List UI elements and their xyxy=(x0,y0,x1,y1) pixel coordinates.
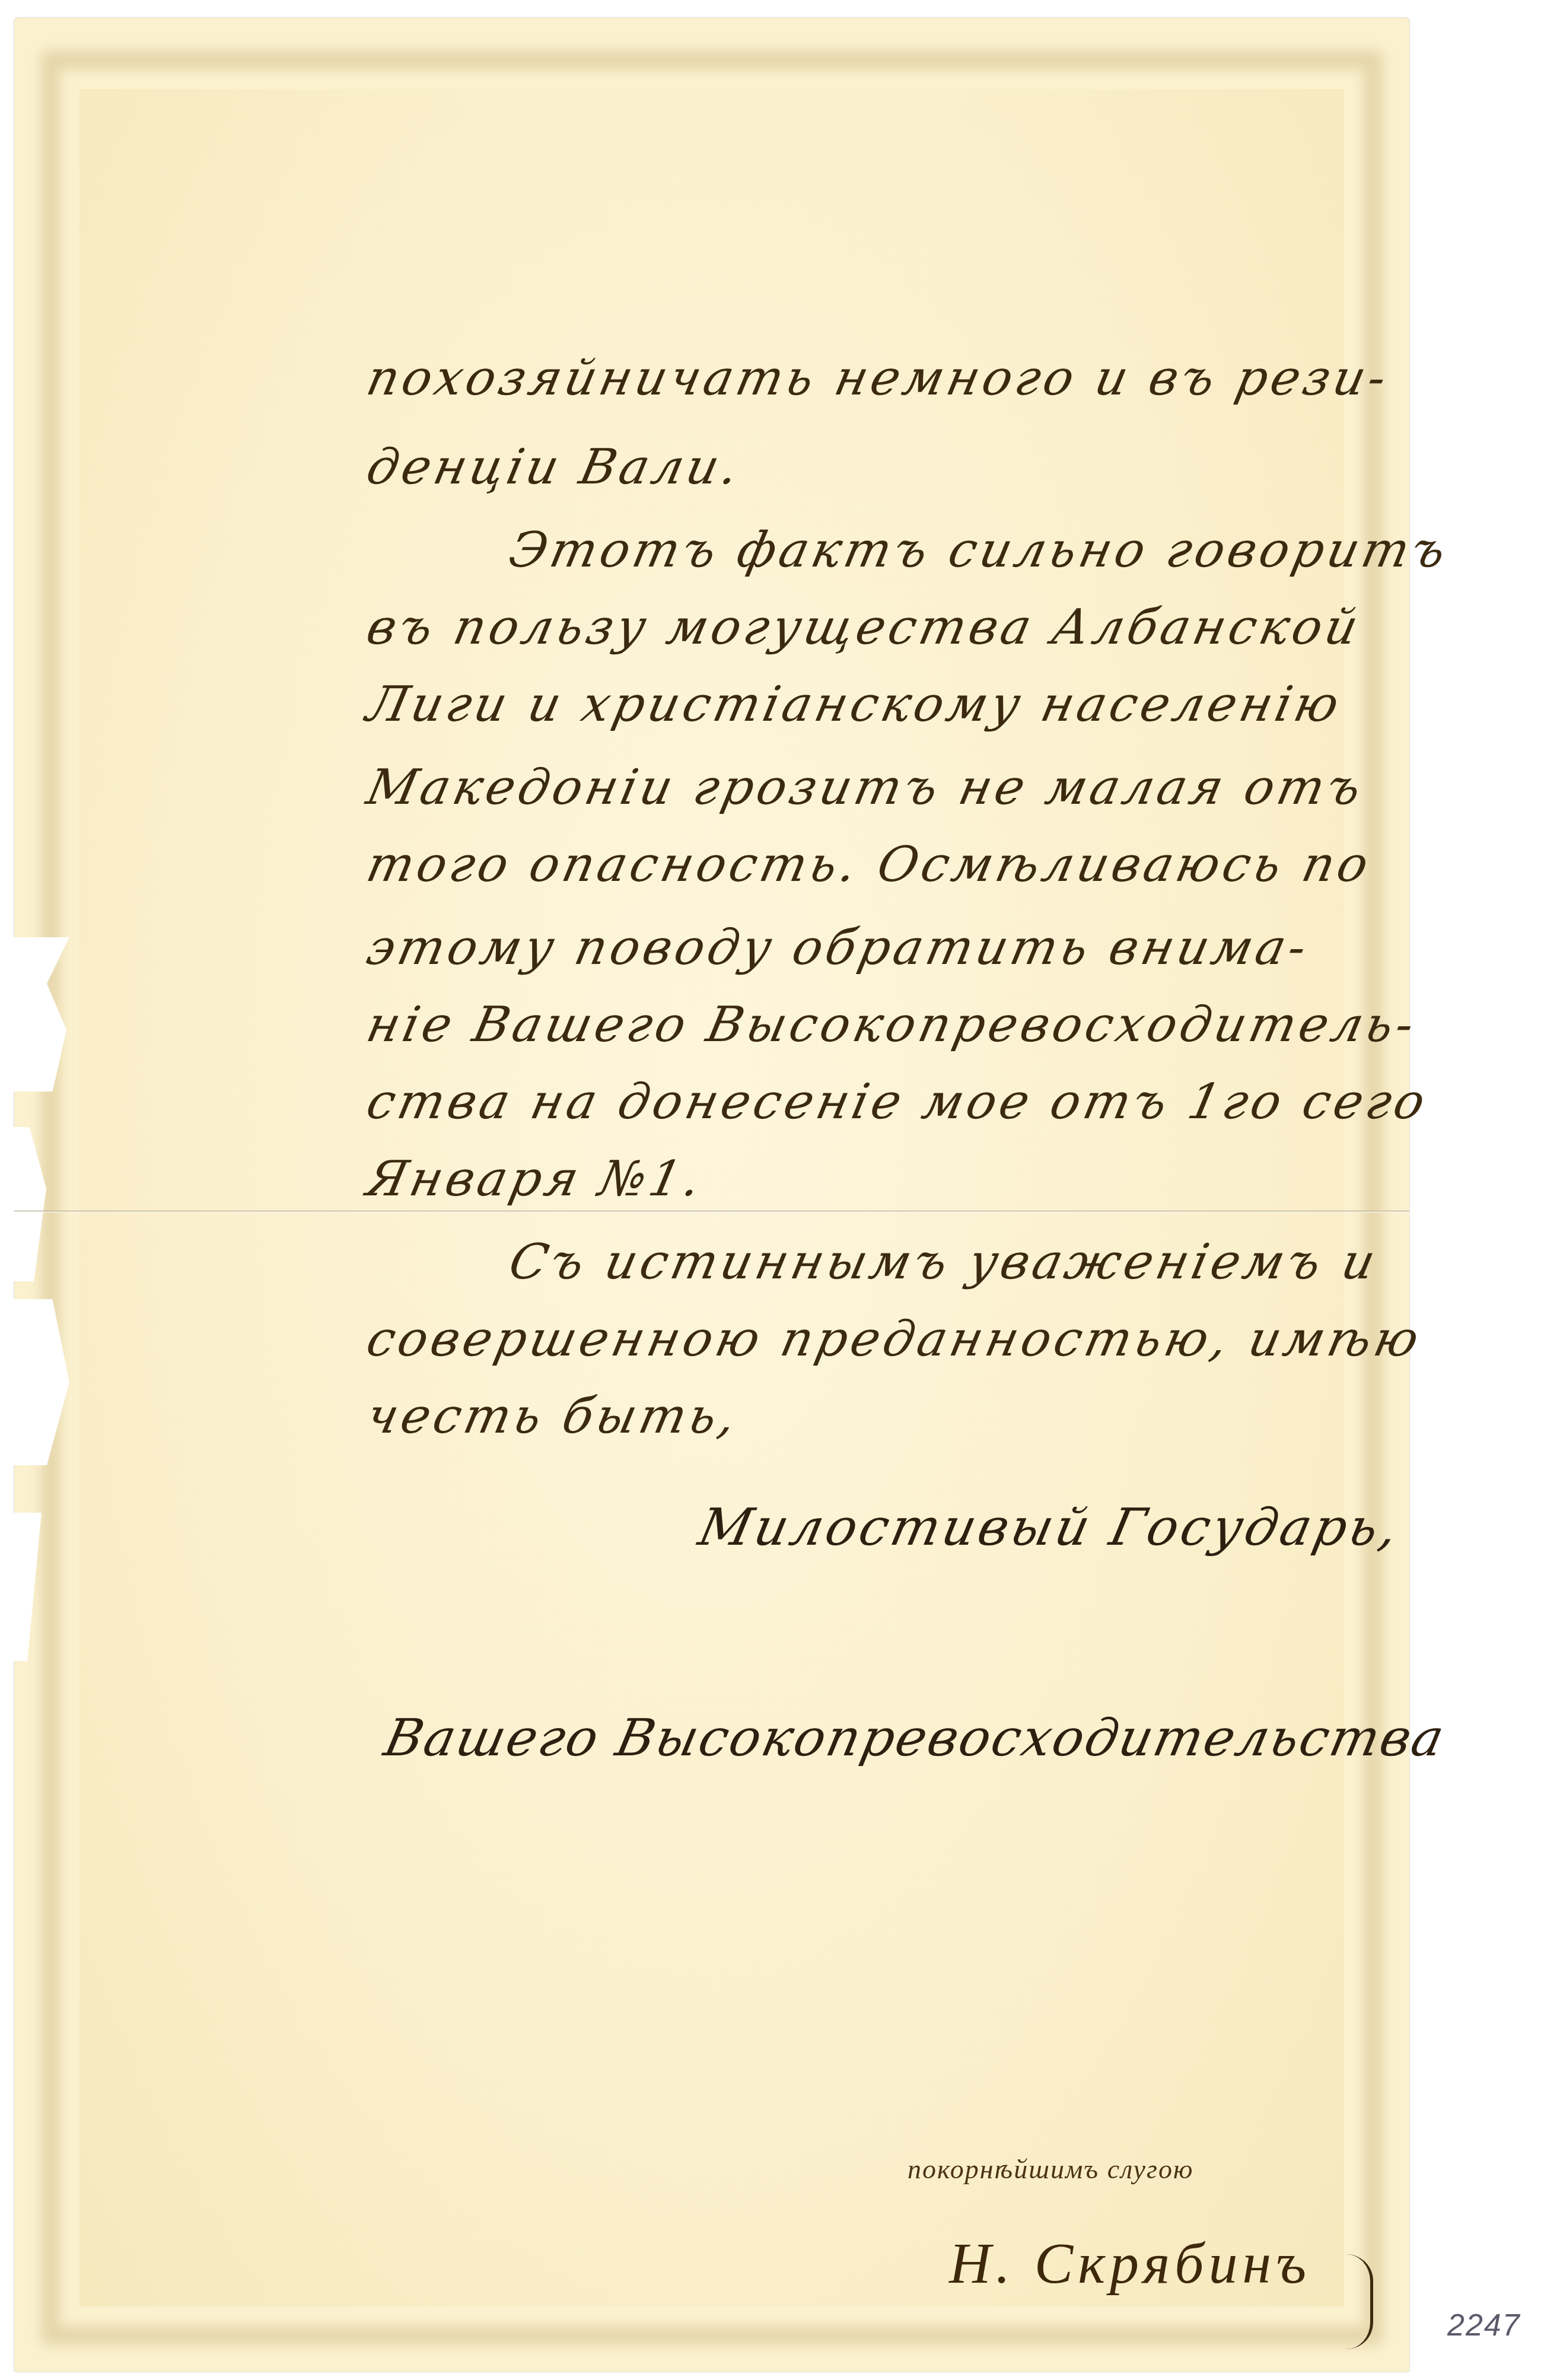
body-line: ства на донесеніе мое отъ 1го сего xyxy=(362,1074,1434,1130)
torn-edge xyxy=(13,1299,69,1465)
paragraph-start-line: Съ истиннымъ уваженіемъ и xyxy=(504,1234,1384,1290)
body-line: честь быть, xyxy=(362,1388,744,1444)
archive-number: 2247 xyxy=(1447,2308,1521,2343)
paper-surface xyxy=(79,89,1344,2306)
body-line: денціи Вали. xyxy=(362,439,747,495)
body-line: въ пользу могущества Албанской xyxy=(362,599,1367,656)
closing-line: Вашего Высокопревосходительства xyxy=(379,1708,1451,1768)
body-line: Лиги и христіанскому населенію xyxy=(362,676,1347,733)
body-line: совершенною преданностью, имѣю xyxy=(362,1311,1427,1367)
torn-edge xyxy=(13,937,69,1092)
body-line: похозяйничать немного и въ рези- xyxy=(362,350,1395,406)
body-line: этому поводу обратить внима- xyxy=(362,919,1315,976)
body-line: Января №1. xyxy=(362,1151,709,1207)
body-line: ніе Вашего Высокопревосходитель- xyxy=(362,997,1422,1053)
signature: Н. Скрябинъ xyxy=(949,2231,1311,2297)
torn-edge xyxy=(13,1127,55,1281)
body-line: Македоніи грозитъ не малая отъ xyxy=(362,759,1370,816)
body-line: того опасность. Осмѣливаюсь по xyxy=(362,836,1377,893)
signature-flourish xyxy=(1346,2254,1373,2349)
salutation: Милостивый Государь, xyxy=(693,1498,1406,1557)
fold-crease xyxy=(14,1210,1409,1212)
servant-line: покорнѣйшимъ слугою xyxy=(908,2153,1193,2185)
torn-edge xyxy=(13,1513,49,1661)
paragraph-start-line: Этотъ фактъ сильно говоритъ xyxy=(504,522,1454,578)
